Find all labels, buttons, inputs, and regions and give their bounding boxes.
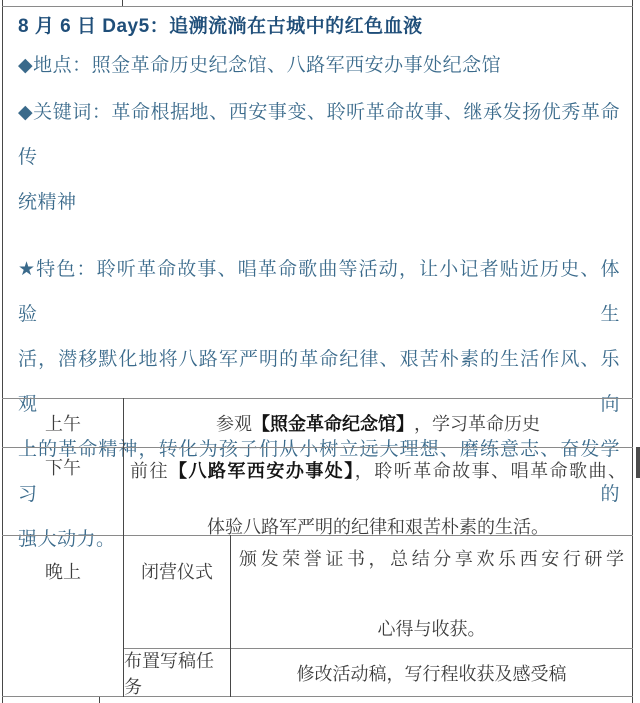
document-page: 8 月 6 日 Day5：追溯流淌在古城中的红色血液 ◆地点：照金革命历史纪念馆… xyxy=(0,0,640,703)
cropped-bottom-row-divider xyxy=(99,697,100,703)
time-cell-morning: 上午 xyxy=(3,399,123,447)
activity-cell-morning: 参观【照金革命纪念馆】，学习革命历史 xyxy=(124,399,632,447)
schedule-bottom-border xyxy=(2,696,633,697)
table-border-right xyxy=(632,0,633,703)
evening-item2-desc-cell: 修改活动稿，写行程收获及感受稿 xyxy=(231,649,632,696)
evening-item2-name-cell: 布置写稿任务 xyxy=(124,649,230,696)
location-paragraph: ◆地点：照金革命历史纪念馆、八路军西安办事处纪念馆 xyxy=(18,43,620,88)
time-cell-evening: 晚上 xyxy=(3,536,123,606)
afternoon-activity-line1: 前往【八路军西安办事处】，聆听革命故事、唱革命歌曲、 xyxy=(130,448,626,497)
time-cell-afternoon: 下午 xyxy=(3,448,123,486)
day-title: 8 月 6 日 Day5：追溯流淌在古城中的红色血液 xyxy=(18,13,620,41)
keywords-paragraph: ◆关键词：革命根据地、西安事变、聆听革命故事、继承发扬优秀革命传统精神 xyxy=(18,90,620,225)
scrollbar-thumb-fragment xyxy=(636,447,640,478)
evening-item1-name-cell: 闭营仪式 xyxy=(124,536,230,606)
evening-item1-desc-cell: 颁发荣誉证书，总结分享欢乐西安行研学心得与收获。 xyxy=(231,536,632,641)
